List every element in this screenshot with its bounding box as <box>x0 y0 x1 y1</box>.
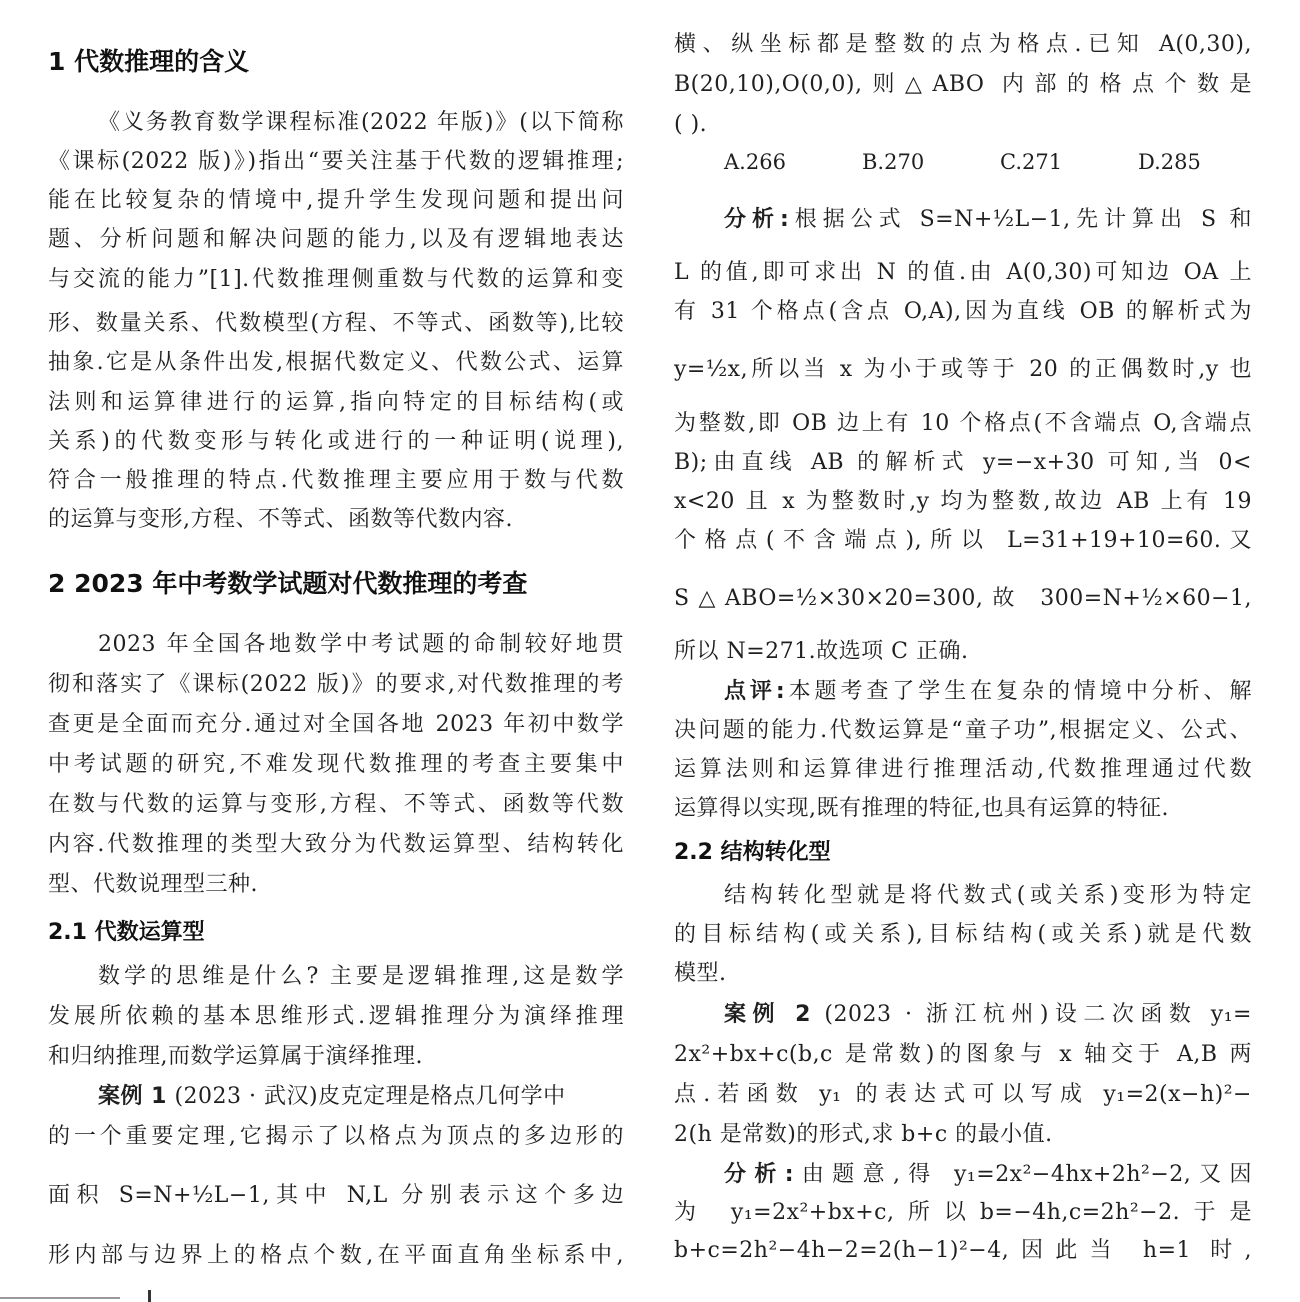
analysis-1-line: 有 31 个格点(含点 O,A),因为直线 OB 的解析式为 <box>674 297 1252 327</box>
analysis-2-line: 为 y₁=2x²+bx+c,所以b=−4h,c=2h²−2.于是 <box>674 1198 1252 1228</box>
comment-1-line: 运算法则和运算律进行推理活动,代数推理通过代数 <box>674 755 1252 785</box>
case-1-line: 的一个重要定理,它揭示了以格点为顶点的多边形的 <box>48 1122 624 1152</box>
analysis-1-line: y=½x,所以当 x 为小于或等于 20 的正偶数时,y 也 <box>674 355 1252 385</box>
paragraph-line: 结构转化型就是将代数式(或关系)变形为特定 <box>674 881 1252 911</box>
section-2-2-heading: 2.2 结构转化型 <box>674 838 831 868</box>
paragraph-line: 中考试题的研究,不难发现代数推理的考查主要集中 <box>48 750 624 780</box>
paragraph-line: 符合一般推理的特点.代数推理主要应用于数与代数 <box>48 466 624 496</box>
paragraph-line: 《课标(2022 版)》)指出“要关注基于代数的逻辑推理; <box>48 147 624 177</box>
analysis-1-line: 为整数,即 OB 边上有 10 个格点(不含端点 O,含端点 <box>674 409 1252 439</box>
case-2-label: 案例 2 <box>724 1002 811 1027</box>
paragraph-line: 查更是全面而充分.通过对全国各地 2023 年初中数学 <box>48 710 624 740</box>
paragraph-line: 题、分析问题和解决问题的能力,以及有逻辑地表达 <box>48 225 624 255</box>
paragraph-line: 形、数量关系、代数模型(方程、不等式、函数等),比较 <box>48 309 624 339</box>
option-c: C.271 <box>1000 147 1138 177</box>
case-1-line: 形内部与边界上的格点个数,在平面直角坐标系中, <box>48 1241 624 1271</box>
case-2-line: 案例 2 (2023 · 浙江杭州)设二次函数 y₁= <box>674 1000 1252 1030</box>
comment-1-line: 点评:本题考查了学生在复杂的情境中分析、解 <box>674 677 1252 707</box>
option-d: D.285 <box>1138 147 1276 177</box>
analysis-1-line: 个格点(不含端点),所以 L=31+19+10=60.又 <box>674 526 1252 556</box>
paragraph-line: 型、代数说理型三种. <box>48 870 624 900</box>
case-2-line: 2x²+bx+c(b,c 是常数)的图象与 x 轴交于 A,B 两 <box>674 1040 1252 1070</box>
case-2-line: 2(h 是常数)的形式,求 b+c 的最小值. <box>674 1120 1252 1150</box>
analysis-1-label: 分析: <box>724 207 789 232</box>
case-1-line: 案例 1 (2023 · 武汉)皮克定理是格点几何学中 <box>48 1082 624 1112</box>
paragraph-line: 抽象.它是从条件出发,根据代数定义、代数公式、运算 <box>48 348 624 378</box>
case-1-line: B(20,10),O(0,0),则△ABO 内部的格点个数是 <box>674 70 1252 100</box>
comment-1-label: 点评: <box>724 679 785 704</box>
paragraph-line: 2023 年全国各地数学中考试题的命制较好地贯 <box>48 630 624 660</box>
case-1-line: ( ). <box>674 110 1252 140</box>
paragraph-line: 的运算与变形,方程、不等式、函数等代数内容. <box>48 505 624 535</box>
analysis-2-line: 分析:由题意,得 y₁=2x²−4hx+2h²−2,又因 <box>674 1160 1252 1190</box>
case-1-line: 横、纵坐标都是整数的点为格点.已知 A(0,30), <box>674 30 1252 60</box>
footer-mark <box>148 1290 151 1302</box>
analysis-1-formula-line: S△ABO=½×30×20=300,故 300=N+½×60−1, <box>674 584 1252 614</box>
case-2-line: 点.若函数 y₁ 的表达式可以写成 y₁=2(x−h)²− <box>674 1080 1252 1110</box>
analysis-2-label: 分析: <box>724 1162 794 1187</box>
paragraph-line: 法则和运算律进行的运算,指向特定的目标结构(或 <box>48 388 624 418</box>
case-1-formula-line: 面积 S=N+½L−1,其中 N,L 分别表示这个多边 <box>48 1181 624 1211</box>
analysis-1-line: x<20 且 x 为整数时,y 均为整数,故边 AB 上有 19 <box>674 487 1252 517</box>
section-1-heading: 1 代数推理的含义 <box>48 46 249 78</box>
paragraph-line: 关系)的代数变形与转化或进行的一种证明(说理), <box>48 427 624 457</box>
paragraph-line: 和归纳推理,而数学运算属于演绎推理. <box>48 1042 624 1072</box>
paragraph-line: 的目标结构(或关系),目标结构(或关系)就是代数 <box>674 920 1252 950</box>
analysis-1-line: L 的值,即可求出 N 的值.由 A(0,30)可知边 OA 上 <box>674 258 1252 288</box>
option-a: A.266 <box>724 147 862 177</box>
option-b: B.270 <box>862 147 1000 177</box>
paragraph-line: 与交流的能力”[1].代数推理侧重数与代数的运算和变 <box>48 265 624 295</box>
analysis-2-line: b+c=2h²−4h−2=2(h−1)²−4,因此当 h=1 时, <box>674 1236 1252 1266</box>
answer-options: A.266B.270C.271D.285 <box>724 147 1276 177</box>
paragraph-line: 彻和落实了《课标(2022 版)》的要求,对代数推理的考 <box>48 670 624 700</box>
section-2-heading: 2 2023 年中考数学试题对代数推理的考查 <box>48 568 527 600</box>
paragraph-line: 内容.代数推理的类型大致分为代数运算型、结构转化 <box>48 830 624 860</box>
paragraph-line: 在数与代数的运算与变形,方程、不等式、函数等代数 <box>48 790 624 820</box>
analysis-1-line: 所以 N=271.故选项 C 正确. <box>674 637 1252 667</box>
paragraph-line: 能在比较复杂的情境中,提升学生发现问题和提出问 <box>48 186 624 216</box>
case-1-label: 案例 1 <box>98 1084 167 1109</box>
paragraph-line: 《义务教育数学课程标准(2022 年版)》(以下简称 <box>48 108 624 138</box>
paragraph-line: 发展所依赖的基本思维形式.逻辑推理分为演绎推理 <box>48 1002 624 1032</box>
comment-1-line: 运算得以实现,既有推理的特征,也具有运算的特征. <box>674 794 1252 824</box>
paragraph-line: 模型. <box>674 959 1252 989</box>
comment-1-line: 决问题的能力.代数运算是“童子功”,根据定义、公式、 <box>674 716 1252 746</box>
section-2-1-heading: 2.1 代数运算型 <box>48 918 205 948</box>
footer-rule <box>0 1297 120 1299</box>
analysis-1-line: B);由直线 AB 的解析式 y=−x+30 可知,当 0< <box>674 448 1252 478</box>
paragraph-line: 数学的思维是什么? 主要是逻辑推理,这是数学 <box>48 962 624 992</box>
analysis-1-line: 分析:根据公式 S=N+½L−1,先计算出 S 和 <box>674 205 1252 235</box>
